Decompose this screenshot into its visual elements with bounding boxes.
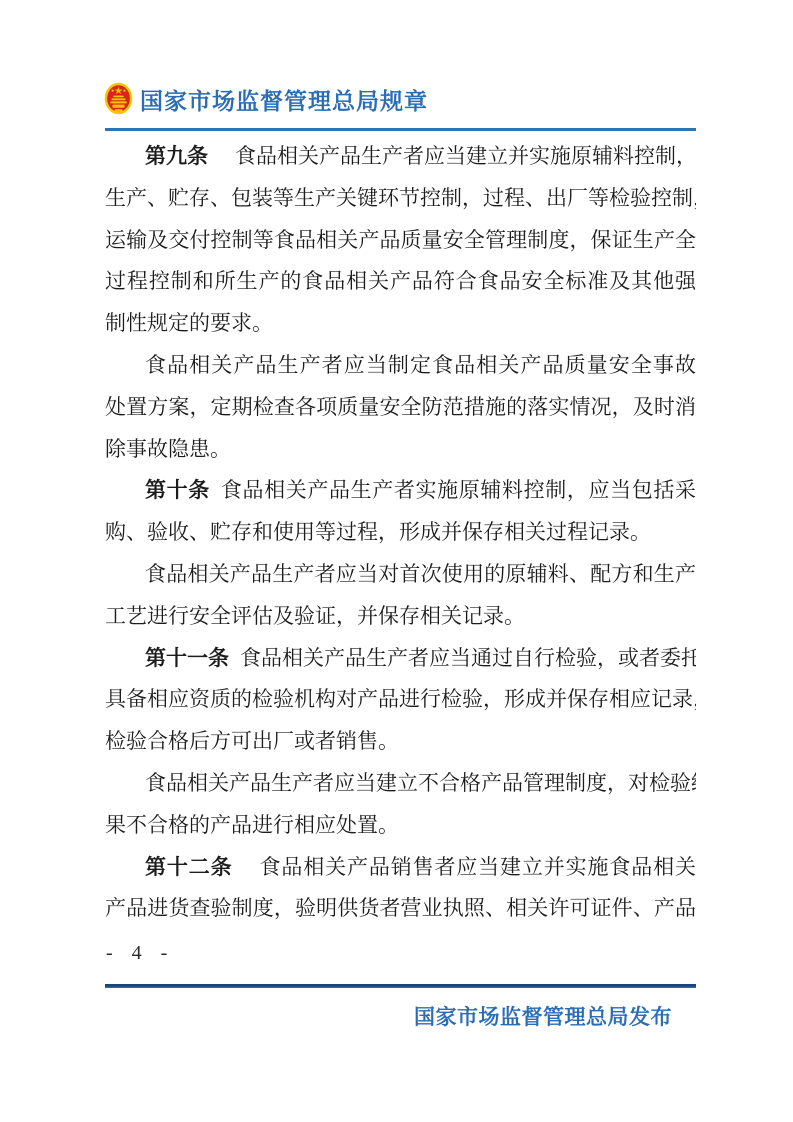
body-line: 第九条食品相关产品生产者应当建立并实施原辅料控制， — [105, 136, 696, 178]
body-line: 果不合格的产品进行相应处置。 — [105, 805, 696, 847]
body-line-text: 食品相关产品生产者实施原辅料控制，应当包括采 — [221, 478, 696, 502]
paragraph-article-12: 第十二条食品相关产品销售者应当建立并实施食品相关 产品进货查验制度，验明供货者营… — [105, 847, 696, 931]
paragraph-article-11-cont: 食品相关产品生产者应当建立不合格产品管理制度，对检验结 果不合格的产品进行相应处… — [105, 763, 696, 847]
paragraph-article-10-cont: 食品相关产品生产者应当对首次使用的原辅料、配方和生产 工艺进行安全评估及验证，并… — [105, 554, 696, 638]
paragraph-article-11: 第十一条食品相关产品生产者应当通过自行检验，或者委托 具备相应资质的检验机构对产… — [105, 638, 696, 763]
page-title: 国家市场监督管理总局规章 — [140, 83, 428, 116]
publisher-label: 国家市场监督管理总局发布 — [105, 1001, 696, 1031]
body-line: 生产、贮存、包装等生产关键环节控制，过程、出厂等检验控制， — [105, 178, 696, 220]
body-line: 制性规定的要求。 — [105, 303, 696, 345]
body-line: 食品相关产品生产者应当建立不合格产品管理制度，对检验结 — [105, 763, 696, 805]
body-line: 过程控制和所生产的食品相关产品符合食品安全标准及其他强 — [105, 261, 696, 303]
header-divider — [105, 128, 696, 131]
china-national-emblem-icon — [104, 82, 133, 116]
body-line: 第十条食品相关产品生产者实施原辅料控制，应当包括采 — [105, 470, 696, 512]
document-page: 国家市场监督管理总局规章 第九条食品相关产品生产者应当建立并实施原辅料控制， 生… — [0, 0, 793, 1122]
footer-divider — [105, 984, 696, 988]
body-line-text: 食品相关产品销售者应当建立并实施食品相关 — [259, 855, 696, 879]
paragraph-article-10: 第十条食品相关产品生产者实施原辅料控制，应当包括采 购、验收、贮存和使用等过程，… — [105, 470, 696, 554]
body-line: 产品进货查验制度，验明供货者营业执照、相关许可证件、产品 — [105, 888, 696, 930]
body-line: 除事故隐患。 — [105, 429, 696, 471]
article-number-label: 第九条 — [145, 145, 235, 168]
body-line: 第十二条食品相关产品销售者应当建立并实施食品相关 — [105, 847, 696, 889]
body-line: 运输及交付控制等食品相关产品质量安全管理制度，保证生产全 — [105, 220, 696, 262]
article-number-label: 第十二条 — [145, 856, 259, 879]
body-line: 购、验收、贮存和使用等过程，形成并保存相关过程记录。 — [105, 512, 696, 554]
body-line: 食品相关产品生产者应当制定食品相关产品质量安全事故 — [105, 345, 696, 387]
body-line-text: 食品相关产品生产者应当通过自行检验，或者委托 — [240, 646, 696, 670]
body-line: 具备相应资质的检验机构对产品进行检验，形成并保存相应记录， — [105, 679, 696, 721]
body-line: 第十一条食品相关产品生产者应当通过自行检验，或者委托 — [105, 638, 696, 680]
body-line-text: 食品相关产品生产者应当建立并实施原辅料控制， — [235, 144, 696, 168]
paragraph-article-9-cont: 食品相关产品生产者应当制定食品相关产品质量安全事故 处置方案，定期检查各项质量安… — [105, 345, 696, 470]
body-line: 处置方案，定期检查各项质量安全防范措施的落实情况，及时消 — [105, 387, 696, 429]
article-number-label: 第十条 — [145, 479, 221, 502]
body-line: 工艺进行安全评估及验证，并保存相关记录。 — [105, 596, 696, 638]
body-line: 食品相关产品生产者应当对首次使用的原辅料、配方和生产 — [105, 554, 696, 596]
article-number-label: 第十一条 — [145, 647, 240, 670]
page-header: 国家市场监督管理总局规章 — [104, 82, 428, 116]
document-body: 第九条食品相关产品生产者应当建立并实施原辅料控制， 生产、贮存、包装等生产关键环… — [105, 136, 696, 930]
paragraph-article-9: 第九条食品相关产品生产者应当建立并实施原辅料控制， 生产、贮存、包装等生产关键环… — [105, 136, 696, 345]
body-line: 检验合格后方可出厂或者销售。 — [105, 721, 696, 763]
page-number: - 4 - — [106, 936, 174, 970]
